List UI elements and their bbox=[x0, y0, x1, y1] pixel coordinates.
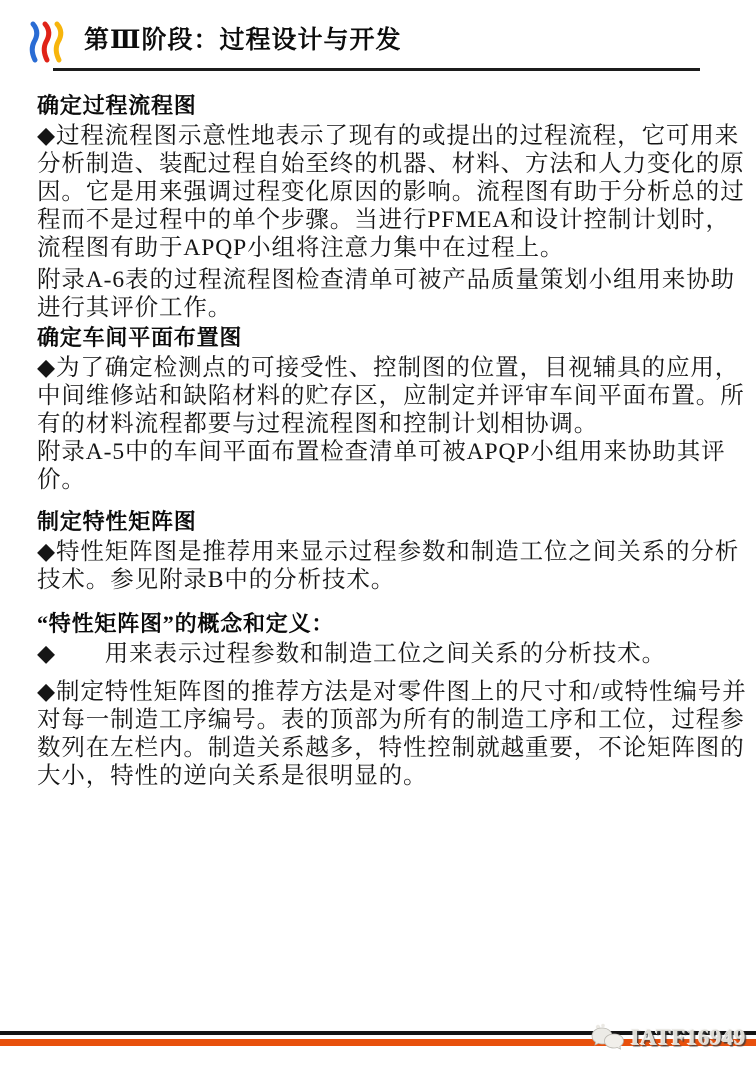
paragraph: ◆为了确定检测点的可接受性、控制图的位置，目视辅具的应用，中间维修站和缺陷材料的… bbox=[37, 354, 749, 438]
paragraph: ◆过程流程图示意性地表示了现有的或提出的过程流程，它可用来分析制造、装配过程自始… bbox=[37, 122, 749, 262]
slide-page: 第Ⅲ阶段：过程设计与开发 确定过程流程图 ◆过程流程图示意性地表示了现有的或提出… bbox=[0, 0, 756, 1070]
paragraph: ◆制定特性矩阵图的推荐方法是对零件图上的尺寸和/或特性编号并对每一制造工序编号。… bbox=[37, 678, 749, 790]
section-heading: 确定车间平面布置图 bbox=[37, 322, 749, 354]
section-heading: “特性矩阵图”的概念和定义： bbox=[37, 608, 749, 640]
watermark-label: IATF16949 bbox=[631, 1025, 746, 1051]
paragraph: ◆特性矩阵图是推荐用来显示过程参数和制造工位之间关系的分析技术。参见附录B中的分… bbox=[37, 538, 749, 594]
three-waves-logo-icon bbox=[29, 20, 71, 64]
paragraph: 附录A-5中的车间平面布置检查清单可被APQP小组用来协助其评价。 bbox=[37, 438, 749, 494]
paragraph: 附录A-6表的过程流程图检查清单可被产品质量策划小组用来协助进行其评价工作。 bbox=[37, 266, 749, 322]
watermark: IATF16949 bbox=[590, 1022, 746, 1054]
chat-bubbles-icon bbox=[590, 1022, 626, 1054]
page-title: 第Ⅲ阶段：过程设计与开发 bbox=[84, 24, 401, 58]
section-heading: 制定特性矩阵图 bbox=[37, 506, 749, 538]
header-divider bbox=[53, 68, 700, 71]
content-area: 确定过程流程图 ◆过程流程图示意性地表示了现有的或提出的过程流程，它可用来分析制… bbox=[37, 90, 749, 790]
bullet-line: ◆ 用来表示过程参数和制造工位之间关系的分析技术。 bbox=[37, 640, 749, 668]
section-heading: 确定过程流程图 bbox=[37, 90, 749, 122]
